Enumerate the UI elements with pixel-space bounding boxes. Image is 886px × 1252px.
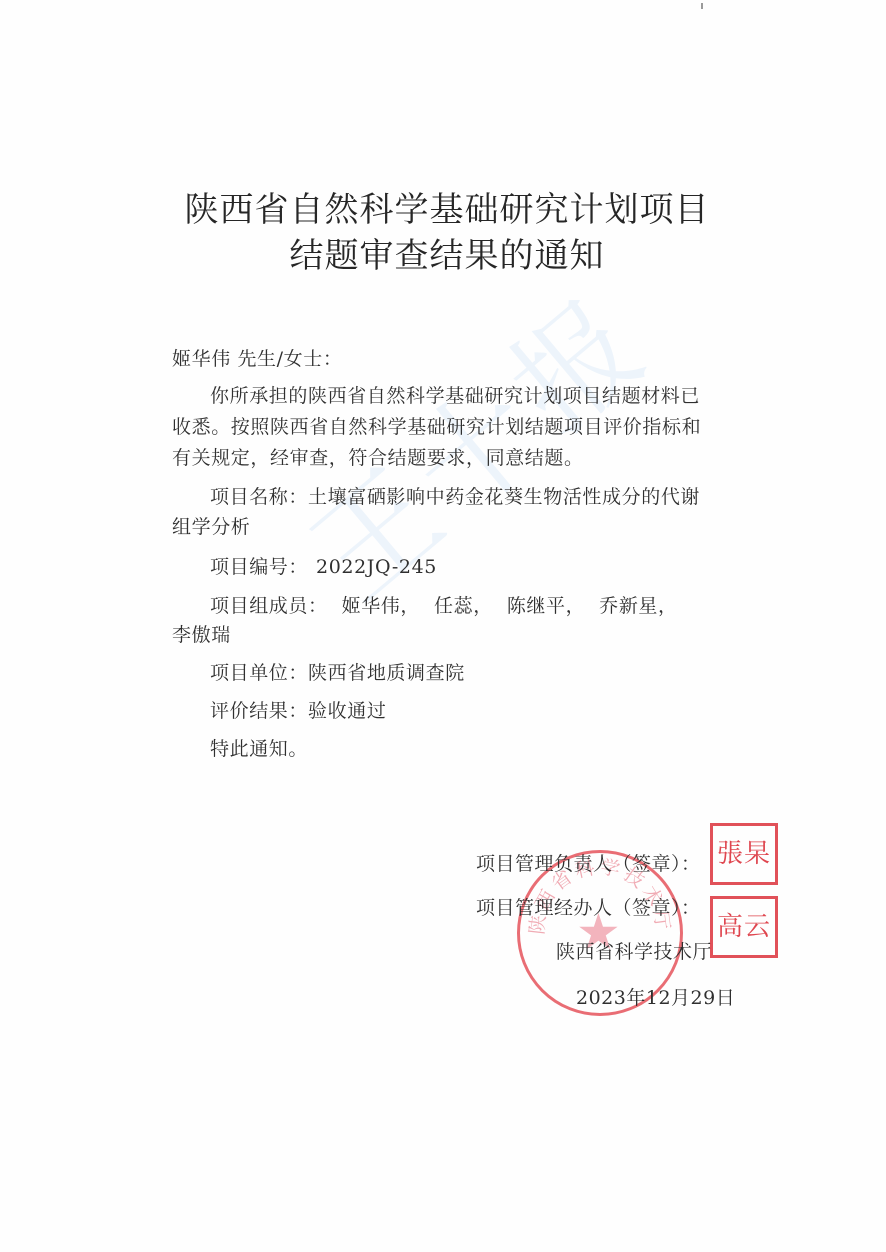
- salutation: 姬华伟 先生/女士：: [172, 344, 342, 371]
- evaluation-result-value: 验收通过: [308, 700, 386, 722]
- scan-mark: [701, 3, 703, 9]
- project-unit-row: 项目单位：陕西省地质调查院: [210, 658, 465, 685]
- member: 李傲瑞: [172, 620, 231, 647]
- project-name-value-line-2: 组学分析: [172, 512, 250, 539]
- closing-text: 特此通知。: [210, 734, 308, 761]
- project-number-label: 项目编号：: [210, 556, 308, 578]
- handler-signature-label: 项目管理经办人（签章）：: [476, 893, 701, 920]
- project-name-label: 项目名称：: [210, 486, 308, 508]
- project-members-row: 项目组成员：姬华伟，任蕊，陈继平，乔新星，: [210, 591, 678, 618]
- issue-date: 2023年12月29日: [576, 983, 735, 1010]
- evaluation-result-label: 评价结果：: [210, 700, 308, 722]
- evaluation-result-row: 评价结果：验收通过: [210, 696, 386, 723]
- member: 乔新星，: [599, 595, 677, 617]
- manager-signature-label: 项目管理负责人（签章）：: [476, 849, 701, 876]
- document-title-line-2: 结题审查结果的通知: [4, 228, 886, 277]
- body-line-2: 收悉。按照陕西省自然科学基础研究计划结题项目评价指标和: [172, 412, 701, 439]
- project-number-value: 2022JQ-245: [316, 556, 437, 578]
- issuer-name: 陕西省科学技术厅: [556, 937, 712, 964]
- document-title-line-1: 陕西省自然科学基础研究计划项目: [4, 182, 886, 231]
- member: 陈继平，: [507, 595, 585, 617]
- member: 任蕊，: [434, 595, 493, 617]
- handler-name-seal: 高云: [710, 896, 778, 958]
- body-line-3: 有关规定，经审查，符合结题要求，同意结题。: [172, 443, 584, 470]
- body-line-1: 你所承担的陕西省自然科学基础研究计划项目结题材料已: [210, 381, 700, 408]
- project-name-value: 土壤富硒影响中药金花葵生物活性成分的代谢: [308, 486, 700, 508]
- manager-name-seal: 張杲: [710, 823, 778, 885]
- project-unit-label: 项目单位：: [210, 662, 308, 684]
- project-members-label: 项目组成员：: [210, 595, 328, 617]
- project-number-row: 项目编号：2022JQ-245: [210, 552, 437, 579]
- member: 姬华伟，: [342, 595, 420, 617]
- document-page: 王十报 陕西省自然科学基础研究计划项目 结题审查结果的通知 姬华伟 先生/女士：…: [0, 0, 886, 1252]
- project-name-row: 项目名称：土壤富硒影响中药金花葵生物活性成分的代谢: [210, 482, 700, 509]
- project-unit-value: 陕西省地质调查院: [308, 662, 465, 684]
